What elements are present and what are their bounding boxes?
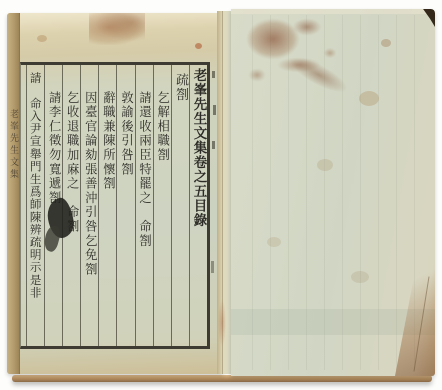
left-page: 老峯先生文集 請 命入尹宣舉門生爲師陳辨疏明示是非 請李仁徵勿寬遞劄 乞收退職加…: [7, 13, 223, 374]
section-heading-column: 疏劄: [171, 65, 189, 346]
under-volume-cover-edge: 老峯先生文集: [7, 13, 20, 374]
right-page-blank: [231, 9, 435, 376]
entry-text: 敦諭後引咎劄: [120, 65, 133, 346]
volume-title-column: 老峯先生文集卷之五目錄: [189, 65, 207, 346]
stacked-page-edges: [12, 375, 432, 382]
entry-text: 因臺官論劾張善沖引咎乞免劄: [83, 65, 96, 346]
margin-mark: [213, 105, 216, 115]
entry-text: 請 命入尹宣舉門生爲師陳辨疏明示是非: [29, 65, 41, 346]
printed-text-frame: 請 命入尹宣舉門生爲師陳辨疏明示是非 請李仁徵勿寬遞劄 乞收退職加麻之 命劄 因…: [20, 62, 210, 349]
section-heading: 疏劄: [174, 65, 187, 346]
entry-column: 因臺官論劾張善沖引咎乞免劄: [80, 65, 98, 346]
photo-background: 老峯先生文集 請 命入尹宣舉門生爲師陳辨疏明示是非 請李仁徵勿寬遞劄 乞收退職加…: [0, 0, 442, 390]
entry-text: 辭職兼陳所懷劄: [101, 65, 114, 346]
entry-column: 請 命入尹宣舉門生爲師陳辨疏明示是非: [26, 65, 44, 346]
stain: [218, 299, 226, 347]
foxing-spot: [351, 271, 369, 283]
spine-title-label: 老峯先生文集: [8, 109, 20, 259]
entry-column: 請還收兩臣特罷之 命劄: [135, 65, 153, 346]
entry-text: 請還收兩臣特罷之 命劄: [138, 65, 151, 346]
stain: [89, 13, 145, 45]
foxing-spot: [317, 159, 333, 171]
volume-title: 老峯先生文集卷之五目錄: [191, 65, 205, 346]
foxing-spot: [267, 237, 281, 247]
stain: [195, 43, 202, 49]
foxing-spot: [359, 91, 379, 106]
entry-column: 敦諭後引咎劄: [116, 65, 134, 346]
margin-mark: [211, 261, 214, 273]
margin-mark: [212, 71, 215, 78]
stain: [37, 35, 47, 42]
foxing-spot: [381, 39, 391, 47]
book-gutter: [217, 11, 231, 374]
entry-column: 辭職兼陳所懷劄: [98, 65, 116, 346]
margin-mark: [212, 141, 215, 149]
entry-text: 乞解相職劄: [156, 65, 169, 346]
entry-column: 乞解相職劄: [153, 65, 171, 346]
open-book: 老峯先生文集 請 命入尹宣舉門生爲師陳辨疏明示是非 請李仁徵勿寬遞劄 乞收退職加…: [7, 9, 435, 376]
